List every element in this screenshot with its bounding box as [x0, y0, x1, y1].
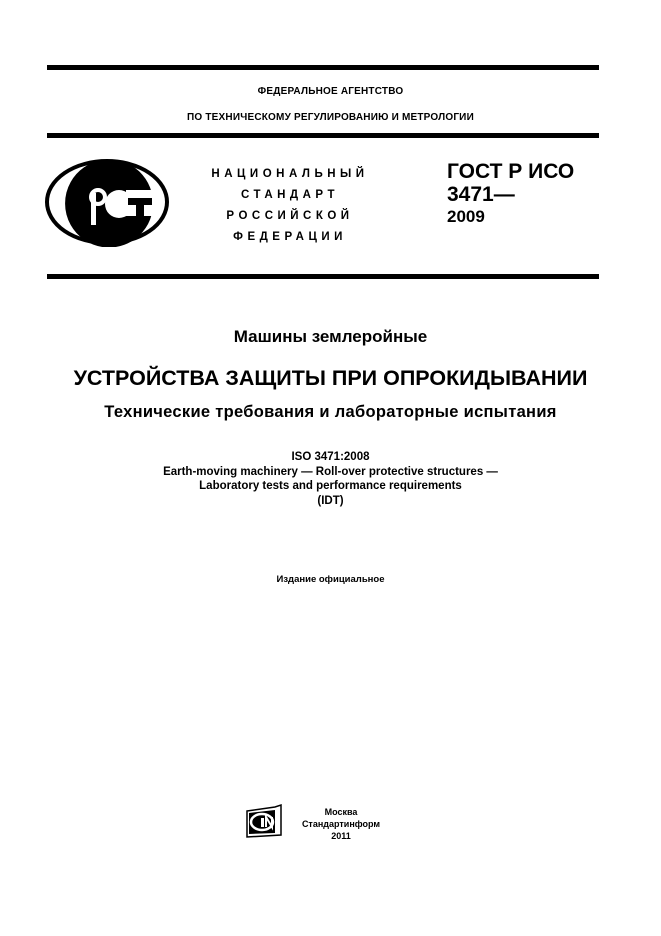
title-main: УСТРОЙСТВА ЗАЩИТЫ ПРИ ОПРОКИДЫВАНИИ: [0, 366, 661, 391]
publisher-block: Москва Стандартинформ 2011: [296, 806, 386, 842]
iso-title-line-2: Laboratory tests and performance require…: [0, 479, 661, 494]
national-standard-line-3: РОССИЙСКОЙ: [200, 206, 380, 227]
designation-line-2: 3471—: [447, 184, 574, 206]
iso-title-line-1: Earth-moving machinery — Roll-over prote…: [0, 465, 661, 480]
iso-equivalence: (IDT): [0, 494, 661, 509]
publisher-name: Стандартинформ: [296, 818, 386, 830]
title-group: Машины землеройные: [0, 327, 661, 347]
publisher-year: 2011: [296, 830, 386, 842]
agency-bottom-rule: [47, 133, 599, 138]
header-bottom-rule: [47, 274, 599, 279]
standard-designation: ГОСТ Р ИСО 3471— 2009: [447, 160, 574, 228]
designation-line-1: ГОСТ Р ИСО: [447, 160, 574, 184]
agency-line-1: ФЕДЕРАЛЬНОЕ АГЕНТСТВО: [0, 86, 661, 97]
iso-reference: ISO 3471:2008 Earth-moving machinery — R…: [0, 450, 661, 508]
national-standard-label: НАЦИОНАЛЬНЫЙ СТАНДАРТ РОССИЙСКОЙ ФЕДЕРАЦ…: [200, 164, 380, 248]
title-sub: Технические требования и лабораторные ис…: [0, 403, 661, 422]
iso-number: ISO 3471:2008: [0, 450, 661, 465]
agency-line-2: ПО ТЕХНИЧЕСКОМУ РЕГУЛИРОВАНИЮ И МЕТРОЛОГ…: [0, 112, 661, 123]
top-rule: [47, 65, 599, 70]
rst-gost-logo-icon: [44, 157, 170, 247]
national-standard-line-1: НАЦИОНАЛЬНЫЙ: [200, 164, 380, 185]
national-standard-line-4: ФЕДЕРАЦИИ: [200, 227, 380, 248]
designation-line-3: 2009: [447, 206, 574, 228]
national-standard-line-2: СТАНДАРТ: [200, 185, 380, 206]
standartinform-logo-icon: [245, 803, 283, 839]
edition-label: Издание официальное: [0, 574, 661, 585]
publisher-city: Москва: [296, 806, 386, 818]
